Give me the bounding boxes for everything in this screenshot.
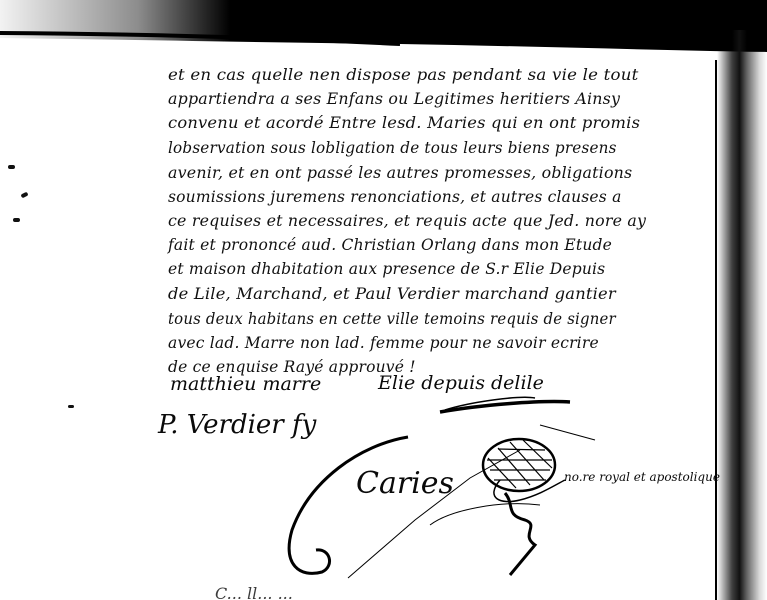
scanned-page: et en cas quelle nen dispose pas pendant… [0,0,767,600]
signature-caries: Caries [356,466,454,501]
bottom-partial-line: C... ll... ... [215,584,293,600]
notary-signature-paraph [0,0,767,600]
notary-title: no.re royal et apostolique [564,470,720,484]
